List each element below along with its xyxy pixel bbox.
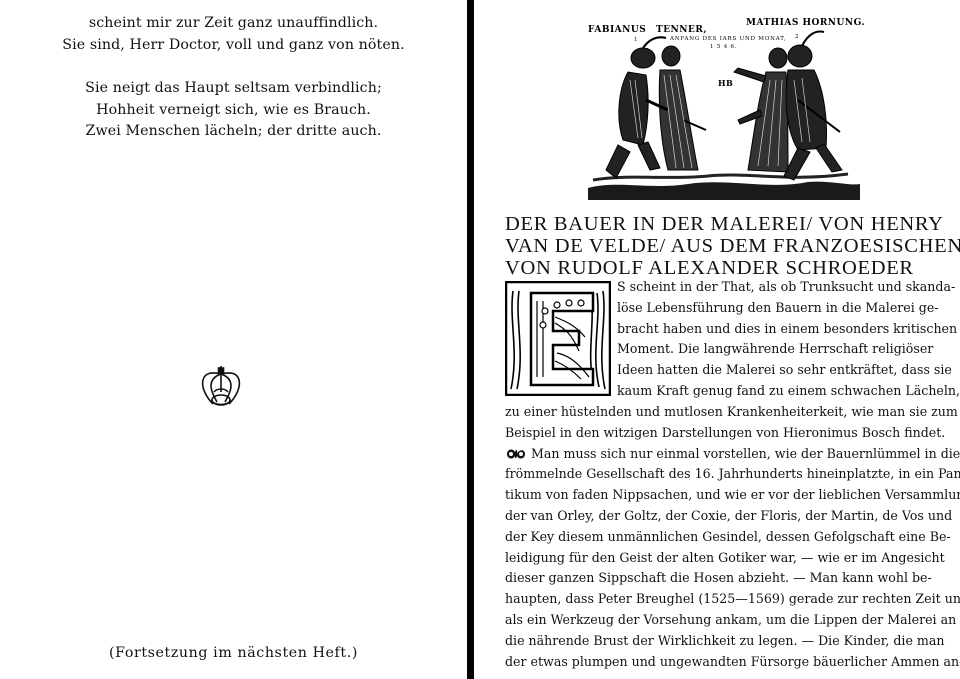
text-line: S scheint in der That, als ob Trunksucht… [617,277,931,298]
verse-stanza-2: Sie neigt das Haupt seltsam verbindlich;… [0,78,467,143]
page-gutter [467,0,474,679]
text-line: Ideen hatten die Malerei so sehr entkräf… [617,360,931,381]
woodcut-illustration: FABIANUS 1 TENNER, ANFANG DES IARS UND M… [588,20,860,200]
title-line: VON RUDOLF ALEXANDER SCHROEDER [505,257,935,279]
fleuron-icon [505,447,527,461]
figure-label-fabianus: FABIANUS [588,25,646,35]
article-title: DER BAUER IN DER MALEREI/ VON HENRY VAN … [505,213,935,279]
text-line-content: Man muss sich nur einmal vorstellen, wie… [531,446,960,461]
text-line: die nährende Brust der Wirklichkeit zu l… [505,631,931,652]
crown-ornament-icon [195,362,247,414]
body-text-indented: S scheint in der That, als ob Trunksucht… [617,277,931,402]
verse-line: scheint mir zur Zeit ganz unauffindlich. [0,13,467,35]
text-line: frömmelnde Gesellschaft des 16. Jahrhund… [505,464,931,485]
text-line: der van Orley, der Goltz, der Coxie, der… [505,506,931,527]
verse-line: Sie sind, Herr Doctor, voll und ganz von… [0,35,467,57]
text-line-with-fleuron: Man muss sich nur einmal vorstellen, wie… [505,444,931,465]
figure-number-2: 2 [795,34,799,40]
title-line: DER BAUER IN DER MALEREI/ VON HENRY [505,213,935,235]
figure-label-mathias-hornung: MATHIAS HORNUNG. [746,18,865,28]
text-line: zu einer hüstelnden und mutlosen Kranken… [505,402,931,423]
text-line: tikum von faden Nippsachen, und wie er v… [505,485,931,506]
body-text: zu einer hüstelnden und mutlosen Kranken… [505,402,931,672]
text-line: dieser ganzen Sippschaft die Hosen abzie… [505,568,931,589]
text-line: leidigung für den Geist der alten Gotike… [505,548,931,569]
figure-number-1: 1 [634,37,638,43]
title-line: VAN DE VELDE/ AUS DEM FRANZOESISCHEN [505,235,935,257]
left-page: scheint mir zur Zeit ganz unauffindlich.… [0,0,467,679]
continuation-note: (Fortsetzung im nächsten Heft.) [0,645,467,661]
text-line: als ein Werkzeug der Vorsehung ankam, um… [505,610,931,631]
text-line: löse Lebensführung den Bauern in die Mal… [617,298,931,319]
text-line: kaum Kraft genug fand zu einem schwachen… [617,381,931,402]
woodcut-caption: ANFANG DES IARS UND MONAT, [670,36,786,42]
text-line: der Key diesem unmännlichen Gesindel, de… [505,527,931,548]
verse-line: Hohheit verneigt sich, wie es Brauch. [0,100,467,122]
text-line: Moment. Die langwährende Herrschaft reli… [617,339,931,360]
text-line: Beispiel in den witzigen Darstellungen v… [505,423,931,444]
text-line: bracht haben und dies in einem besonders… [617,319,931,340]
drop-cap-e-icon [505,281,611,396]
text-line: haupten, dass Peter Breughel (1525—1569)… [505,589,931,610]
artist-monogram: HB [718,78,733,88]
figure-label-tenner: TENNER, [656,25,707,35]
verse-stanza-1: scheint mir zur Zeit ganz unauffindlich.… [0,13,467,56]
woodcut-year: 1 5 4 6. [710,44,737,50]
text-line: der etwas plumpen und ungewandten Fürsor… [505,652,931,673]
verse-line: Zwei Menschen lächeln; der dritte auch. [0,121,467,143]
verse-line: Sie neigt das Haupt seltsam verbindlich; [0,78,467,100]
